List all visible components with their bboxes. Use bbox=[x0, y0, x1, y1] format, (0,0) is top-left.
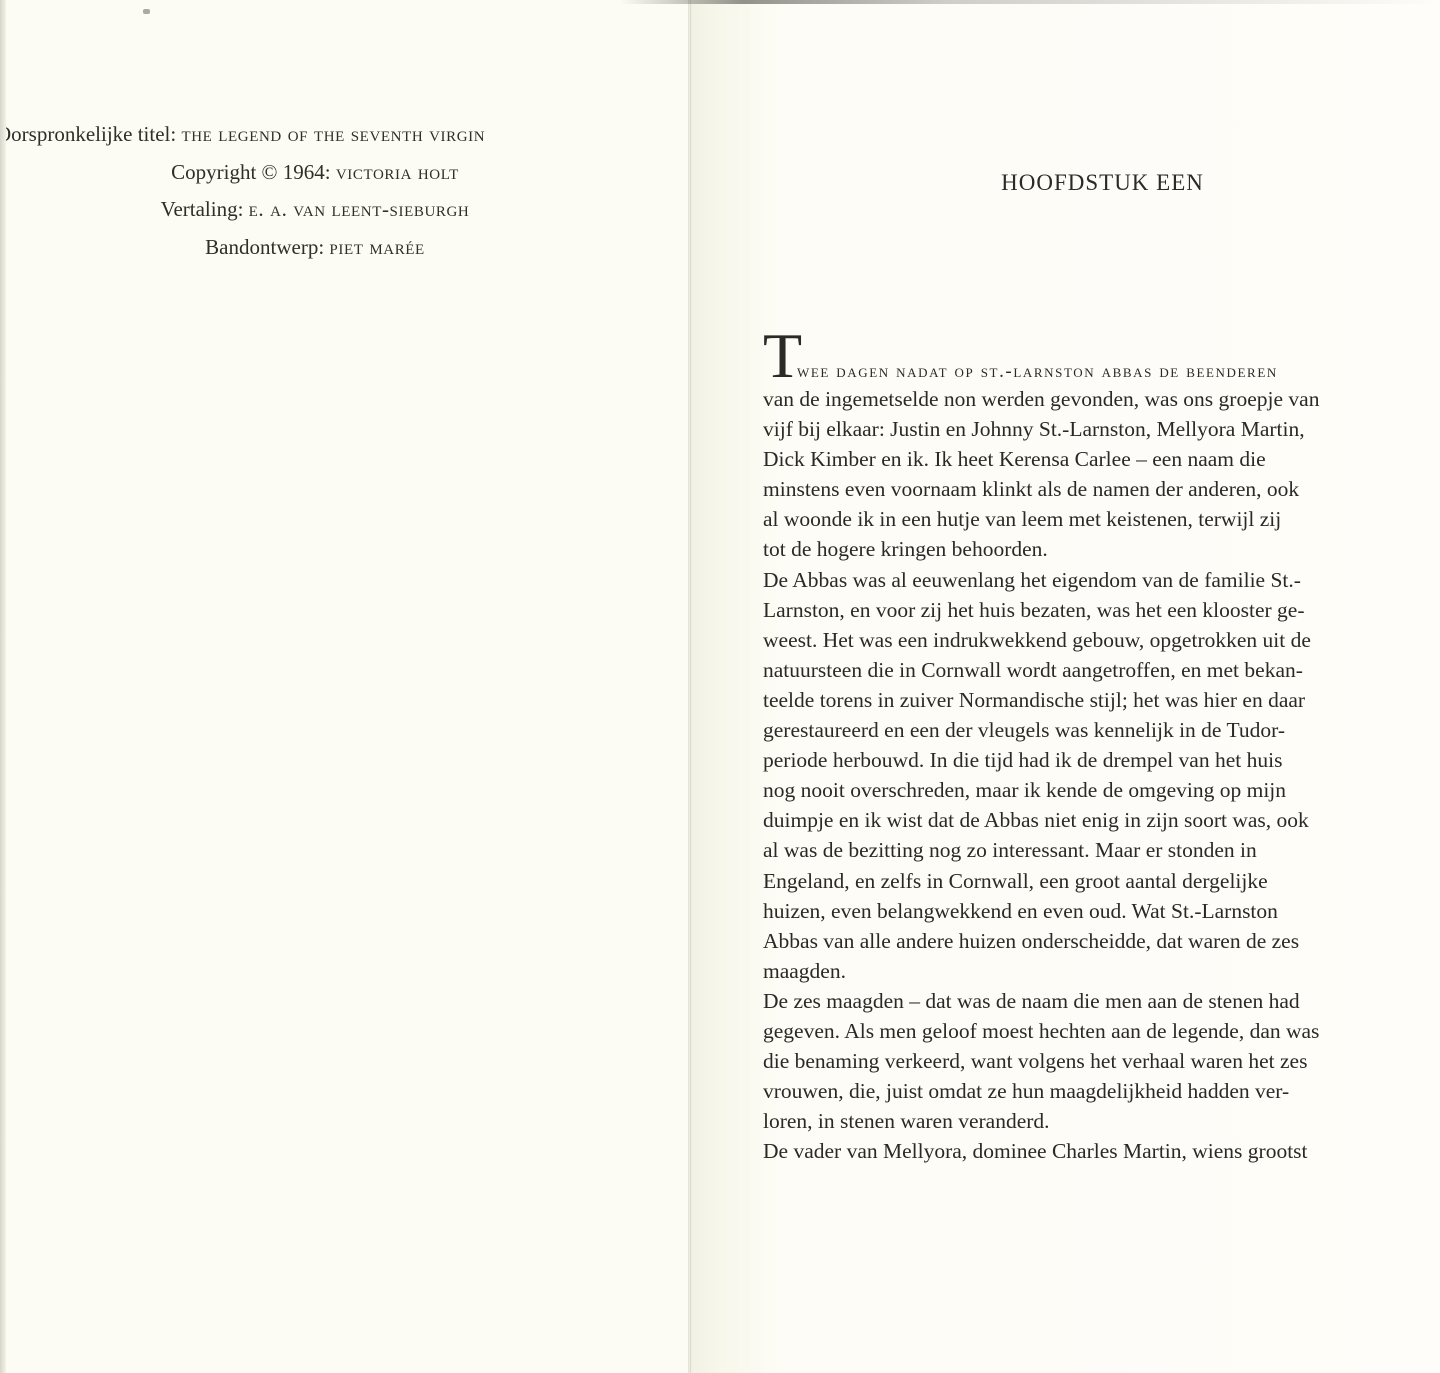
text-line: tot de hogere kringen behoorden. bbox=[763, 534, 1440, 564]
chapter-title: HOOFDSTUK EEN bbox=[690, 170, 1440, 196]
text-line: loren, in stenen waren veranderd. bbox=[763, 1106, 1440, 1136]
colophon-translation: Vertaling: E. A. VAN LEENT-SIEBURGH bbox=[0, 191, 630, 229]
top-edge-shadow bbox=[620, 0, 1440, 4]
paper-speck bbox=[143, 9, 150, 14]
text-line: De Abbas was al eeuwenlang het eigendom … bbox=[763, 565, 1440, 595]
text-line: Abbas van alle andere huizen onderscheid… bbox=[763, 926, 1440, 956]
text-line: teelde torens in zuiver Normandische sti… bbox=[763, 685, 1440, 715]
text-line: al woonde ik in een hutje van leem met k… bbox=[763, 504, 1440, 534]
first-line: T WEE DAGEN NADAT OP ST.-LARNSTON ABBAS … bbox=[763, 328, 1440, 384]
text-line: Dick Kimber en ik. Ik heet Kerensa Carle… bbox=[763, 444, 1440, 474]
book-spread: Oorspronkelijke titel: THE LEGEND OF THE… bbox=[0, 0, 1440, 1373]
text-line: duimpje en ik wist dat de Abbas niet eni… bbox=[763, 805, 1440, 835]
colophon-label: Copyright © 1964: bbox=[171, 160, 330, 184]
text-line: De vader van Mellyora, dominee Charles M… bbox=[763, 1136, 1440, 1166]
colophon-cover-design: Bandontwerp: PIET MARÉE bbox=[0, 229, 630, 267]
text-line: gerestaureerd en een der vleugels was ke… bbox=[763, 715, 1440, 745]
colophon-label: Bandontwerp: bbox=[205, 235, 324, 259]
text-line: Engeland, en zelfs in Cornwall, een groo… bbox=[763, 866, 1440, 896]
colophon-value: E. A. VAN LEENT-SIEBURGH bbox=[249, 197, 470, 221]
text-line: nog nooit overschreden, maar ik kende de… bbox=[763, 775, 1440, 805]
text-line: maagden. bbox=[763, 956, 1440, 986]
text-line: huizen, even belangwekkend en even oud. … bbox=[763, 896, 1440, 926]
colophon: Oorspronkelijke titel: THE LEGEND OF THE… bbox=[0, 116, 630, 266]
colophon-copyright: Copyright © 1964: VICTORIA HOLT bbox=[0, 154, 630, 192]
text-line: periode herbouwd. In die tijd had ik de … bbox=[763, 745, 1440, 775]
text-line: gegeven. Als men geloof moest hechten aa… bbox=[763, 1016, 1440, 1046]
colophon-label: Vertaling: bbox=[161, 197, 244, 221]
text-line: De zes maagden – dat was de naam die men… bbox=[763, 986, 1440, 1016]
text-line: vijf bij elkaar: Justin en Johnny St.-La… bbox=[763, 414, 1440, 444]
colophon-value: VICTORIA HOLT bbox=[336, 160, 459, 184]
text-line: natuursteen die in Cornwall wordt aanget… bbox=[763, 655, 1440, 685]
text-line: die benaming verkeerd, want volgens het … bbox=[763, 1046, 1440, 1076]
first-line-small-caps: WEE DAGEN NADAT OP ST.-LARNSTON ABBAS DE… bbox=[797, 361, 1278, 383]
text-line: weest. Het was een indrukwekkend gebouw,… bbox=[763, 625, 1440, 655]
text-line: al was de bezitting nog zo interessant. … bbox=[763, 835, 1440, 865]
colophon-label: Oorspronkelijke titel: bbox=[0, 122, 176, 146]
left-page: Oorspronkelijke titel: THE LEGEND OF THE… bbox=[0, 0, 690, 1373]
colophon-original-title: Oorspronkelijke titel: THE LEGEND OF THE… bbox=[0, 116, 630, 154]
text-line: vrouwen, die, juist omdat ze hun maagdel… bbox=[763, 1076, 1440, 1106]
text-line: minstens even voornaam klinkt als de nam… bbox=[763, 474, 1440, 504]
text-line: van de ingemetselde non werden gevonden,… bbox=[763, 384, 1440, 414]
text-line: Larnston, en voor zij het huis bezaten, … bbox=[763, 595, 1440, 625]
chapter-body: T WEE DAGEN NADAT OP ST.-LARNSTON ABBAS … bbox=[763, 328, 1440, 1166]
gutter-shadow bbox=[688, 0, 692, 1373]
colophon-value: THE LEGEND OF THE SEVENTH VIRGIN bbox=[181, 122, 485, 146]
page-edge bbox=[0, 0, 6, 1373]
colophon-value: PIET MARÉE bbox=[329, 235, 424, 259]
